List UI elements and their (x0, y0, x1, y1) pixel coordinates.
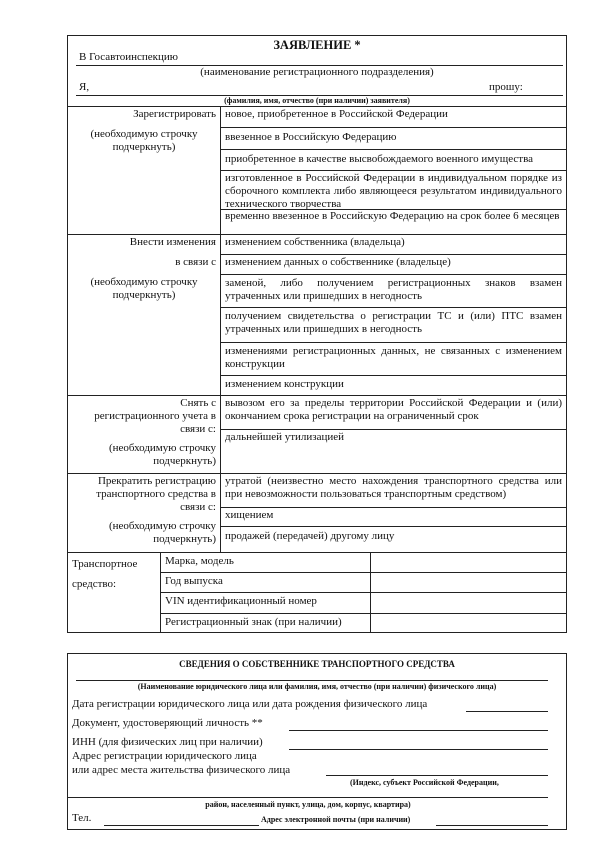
owner-address-hint-2: район, населенный пункт, улица, дом, кор… (68, 800, 548, 809)
vehicle-year-input[interactable] (371, 572, 566, 592)
owner-address-label-1: Адрес регистрации юридического лица (72, 750, 257, 762)
i-label: Я, (79, 81, 89, 93)
application-form: ЗАЯВЛЕНИЕ * В Госавтоинспекцию (наименов… (67, 35, 567, 633)
register-label: Зарегистрировать (68, 106, 220, 126)
applicant-hint: (фамилия, имя, отчество (при наличии) за… (68, 96, 566, 105)
vehicle-field-label-vin: VIN идентификационный номер (161, 592, 370, 613)
register-option-imported[interactable]: ввезенное в Российскую Федерацию (221, 127, 566, 149)
register-hint: (необходимую строчку подчеркнуть) (68, 126, 220, 156)
owner-date-input-line[interactable] (466, 711, 548, 712)
vehicle-model-input[interactable] (371, 552, 566, 572)
hint-line: (необходимую строчку (72, 128, 216, 141)
deregister-option-disposal[interactable]: дальнейшей утилизацией (221, 429, 566, 473)
register-option-temporary[interactable]: временно ввезенное в Российскую Федераци… (221, 208, 566, 234)
owner-address-input-line[interactable] (326, 775, 548, 776)
deregister-label: Снять с регистрационного учета в связи с… (68, 395, 220, 470)
change-label-2: в связи с (68, 254, 220, 274)
change-option-reg-data[interactable]: изменениями регистрационных данных, не с… (221, 342, 566, 375)
label-line: Прекратить регистрацию (72, 475, 216, 488)
vehicle-label: Транспортное средство: (68, 552, 160, 596)
owner-date-label: Дата регистрации юридического лица или д… (72, 698, 427, 710)
change-option-construction[interactable]: изменением конструкции (221, 375, 566, 395)
change-option-plates[interactable]: заменой, либо получением регистрационных… (221, 274, 566, 307)
change-hint: (необходимую строчку подчеркнуть) (68, 274, 220, 304)
terminate-label: Прекратить регистрацию транспортного сре… (68, 473, 220, 548)
label-line: Транспортное (72, 554, 156, 574)
vehicle-field-label-model: Марка, модель (161, 552, 370, 572)
vehicle-plate-input[interactable] (371, 613, 566, 633)
change-label: Внести изменения (68, 234, 220, 254)
owner-document-label: Документ, удостоверяющий личность ** (72, 717, 263, 729)
request-label: прошу: (489, 81, 523, 93)
owner-document-input-line[interactable] (289, 730, 548, 731)
owner-title: СВЕДЕНИЯ О СОБСТВЕННИКЕ ТРАНСПОРТНОГО СР… (68, 659, 566, 669)
label-line: Снять с (72, 397, 216, 410)
owner-address-input-line-2[interactable] (68, 797, 548, 798)
to-label: В Госавтоинспекцию (79, 51, 178, 63)
vehicle-field-label-year: Год выпуска (161, 572, 370, 592)
label-line: средство: (72, 574, 156, 594)
hint-line: подчеркнуть) (72, 455, 216, 468)
hint-line: (необходимую строчку (72, 276, 216, 289)
department-hint: (наименование регистрационного подраздел… (68, 66, 566, 78)
terminate-option-sale[interactable]: продажей (передачей) другому лицу (221, 526, 566, 552)
hint-line: (необходимую строчку (72, 442, 216, 455)
register-option-individual[interactable]: изготовленное в Российской Федерации в и… (221, 170, 566, 209)
terminate-option-loss[interactable]: утратой (неизвестно место нахождения тра… (221, 473, 566, 507)
hint-line: подчеркнуть) (72, 533, 216, 546)
owner-email-label: Адрес электронной почты (при наличии) (261, 815, 410, 824)
vehicle-field-label-plate: Регистрационный знак (при наличии) (161, 613, 370, 633)
label-line: регистрационного учета в (72, 410, 216, 423)
label-line: связи с: (72, 423, 216, 436)
owner-email-input-line[interactable] (436, 825, 548, 826)
hint-line: подчеркнуть) (72, 141, 216, 154)
change-option-certificate[interactable]: получением свидетельства о регистрации Т… (221, 307, 566, 342)
change-option-owner[interactable]: изменением собственника (владельца) (221, 234, 566, 254)
hint-line: (необходимую строчку (72, 520, 216, 533)
vehicle-vin-input[interactable] (371, 592, 566, 613)
owner-address-label-2: или адрес места жительства физического л… (72, 764, 290, 776)
hint-line: подчеркнуть) (72, 289, 216, 302)
owner-address-hint-1: (Индекс, субъект Российской Федерации, (350, 778, 499, 787)
owner-name-input-line[interactable] (76, 680, 548, 681)
owner-phone-label: Тел. (72, 812, 91, 824)
owner-name-hint: (Наименование юридического лица или фами… (68, 682, 566, 691)
register-option-new[interactable]: новое, приобретенное в Российской Федера… (221, 106, 566, 127)
label-line: транспортного средства в (72, 488, 216, 501)
owner-inn-input-line[interactable] (289, 749, 548, 750)
deregister-option-export[interactable]: вывозом его за пределы территории Россий… (221, 395, 566, 429)
label-line: связи с: (72, 501, 216, 514)
owner-section: СВЕДЕНИЯ О СОБСТВЕННИКЕ ТРАНСПОРТНОГО СР… (67, 653, 567, 830)
owner-inn-label: ИНН (для физических лиц при наличии) (72, 736, 263, 748)
register-option-military[interactable]: приобретенное в качестве высвобождаемого… (221, 149, 566, 170)
change-option-owner-data[interactable]: изменением данных о собственнике (владел… (221, 254, 566, 274)
owner-phone-input-line[interactable] (104, 825, 259, 826)
terminate-option-theft[interactable]: хищением (221, 507, 566, 526)
